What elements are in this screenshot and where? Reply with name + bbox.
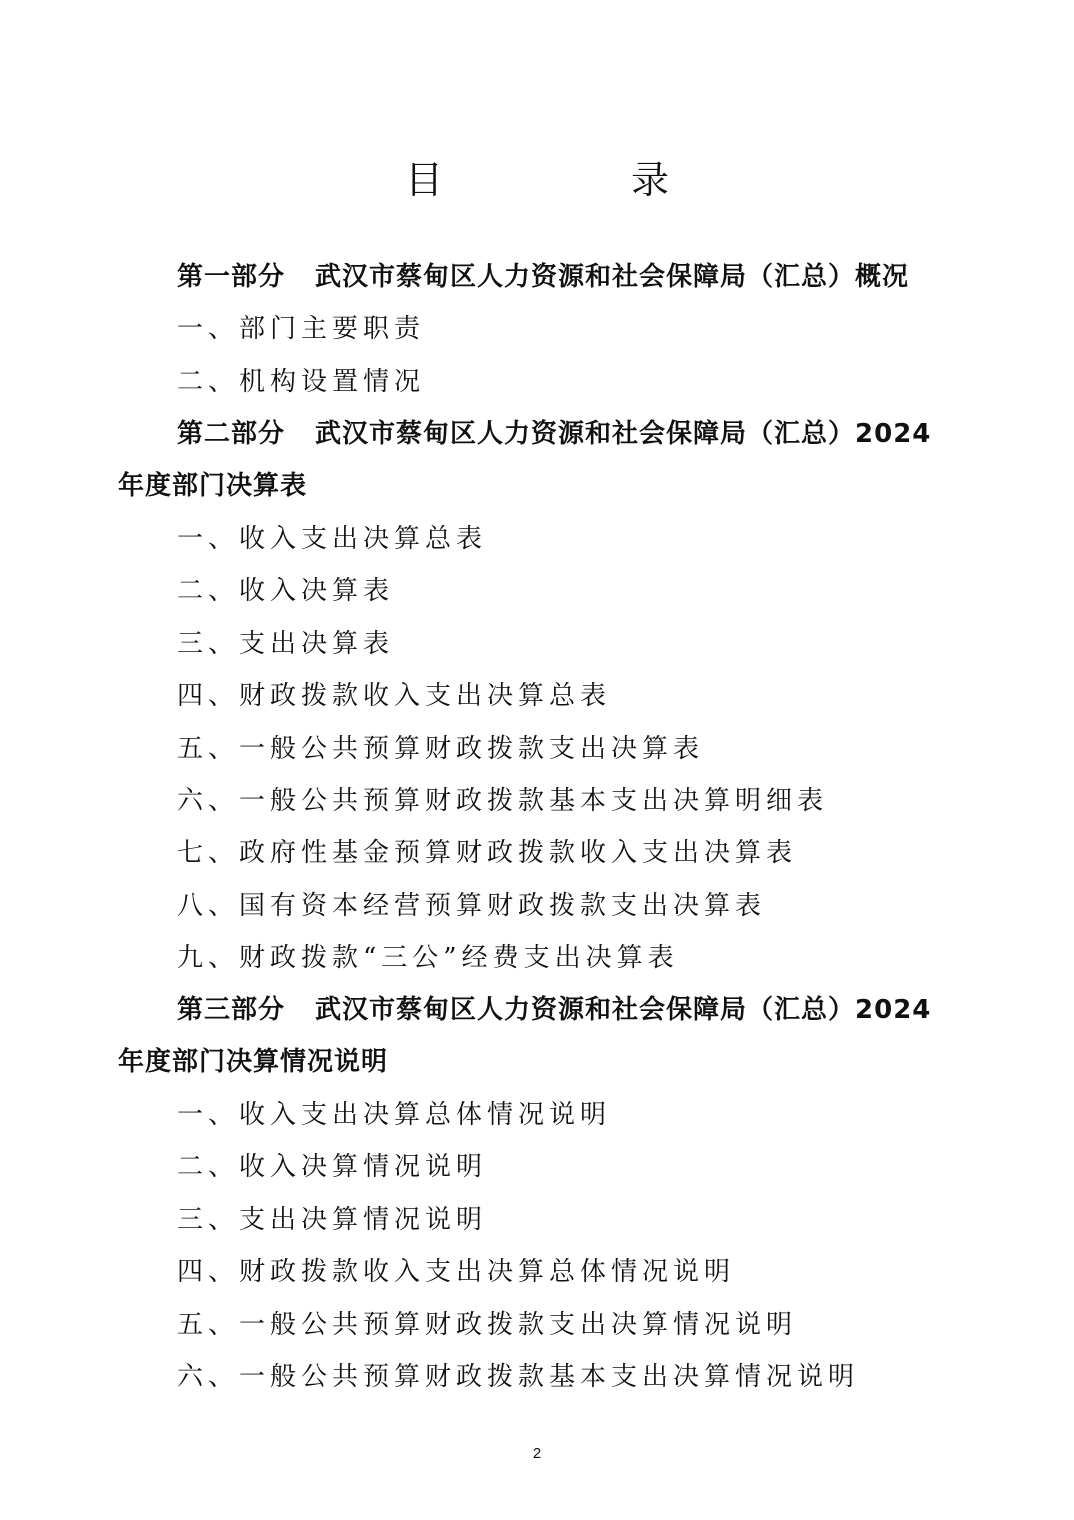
part-label: 第三部分 [177, 995, 285, 1025]
toc-item[interactable]: 八、国有资本经营预算财政拨款支出决算表 [177, 886, 766, 926]
toc-item[interactable]: 四、财政拨款收入支出决算总体情况说明 [177, 1252, 735, 1292]
part-label: 第一部分 [177, 262, 285, 292]
part-title: 武汉市蔡甸区人力资源和社会保障局（汇总）2024 [315, 419, 931, 449]
toc-item[interactable]: 二、收入决算表 [177, 571, 394, 611]
toc-item[interactable]: 五、一般公共预算财政拨款支出决算表 [177, 729, 704, 769]
toc-item[interactable]: 一、收入支出决算总表 [177, 519, 487, 559]
toc-item[interactable]: 三、支出决算表 [177, 624, 394, 664]
toc-item[interactable]: 一、收入支出决算总体情况说明 [177, 1095, 611, 1135]
toc-part-3[interactable]: 第三部分武汉市蔡甸区人力资源和社会保障局（汇总）2024 [177, 990, 931, 1030]
part-title: 武汉市蔡甸区人力资源和社会保障局（汇总）2024 [315, 995, 931, 1025]
toc-item[interactable]: 九、财政拨款“三公”经费支出决算表 [177, 938, 679, 978]
toc-item[interactable]: 七、政府性基金预算财政拨款收入支出决算表 [177, 833, 797, 873]
toc-item[interactable]: 三、支出决算情况说明 [177, 1200, 487, 1240]
toc-title: 目 录 [0, 150, 1074, 210]
toc-item[interactable]: 一、部门主要职责 [177, 309, 425, 349]
toc-item[interactable]: 六、一般公共预算财政拨款基本支出决算明细表 [177, 781, 828, 821]
toc-part-1[interactable]: 第一部分武汉市蔡甸区人力资源和社会保障局（汇总）概况 [177, 257, 909, 297]
toc-item[interactable]: 四、财政拨款收入支出决算总表 [177, 676, 611, 716]
toc-item[interactable]: 六、一般公共预算财政拨款基本支出决算情况说明 [177, 1357, 859, 1397]
toc-item[interactable]: 二、机构设置情况 [177, 362, 425, 402]
toc-item[interactable]: 五、一般公共预算财政拨款支出决算情况说明 [177, 1305, 797, 1345]
toc-item[interactable]: 二、收入决算情况说明 [177, 1147, 487, 1187]
toc-part-3-continuation[interactable]: 年度部门决算情况说明 [118, 1042, 388, 1082]
toc-part-2[interactable]: 第二部分武汉市蔡甸区人力资源和社会保障局（汇总）2024 [177, 414, 931, 454]
toc-part-2-continuation[interactable]: 年度部门决算表 [118, 466, 307, 506]
page-number: 2 [0, 1445, 1074, 1462]
part-title: 武汉市蔡甸区人力资源和社会保障局（汇总）概况 [315, 262, 909, 292]
part-label: 第二部分 [177, 419, 285, 449]
